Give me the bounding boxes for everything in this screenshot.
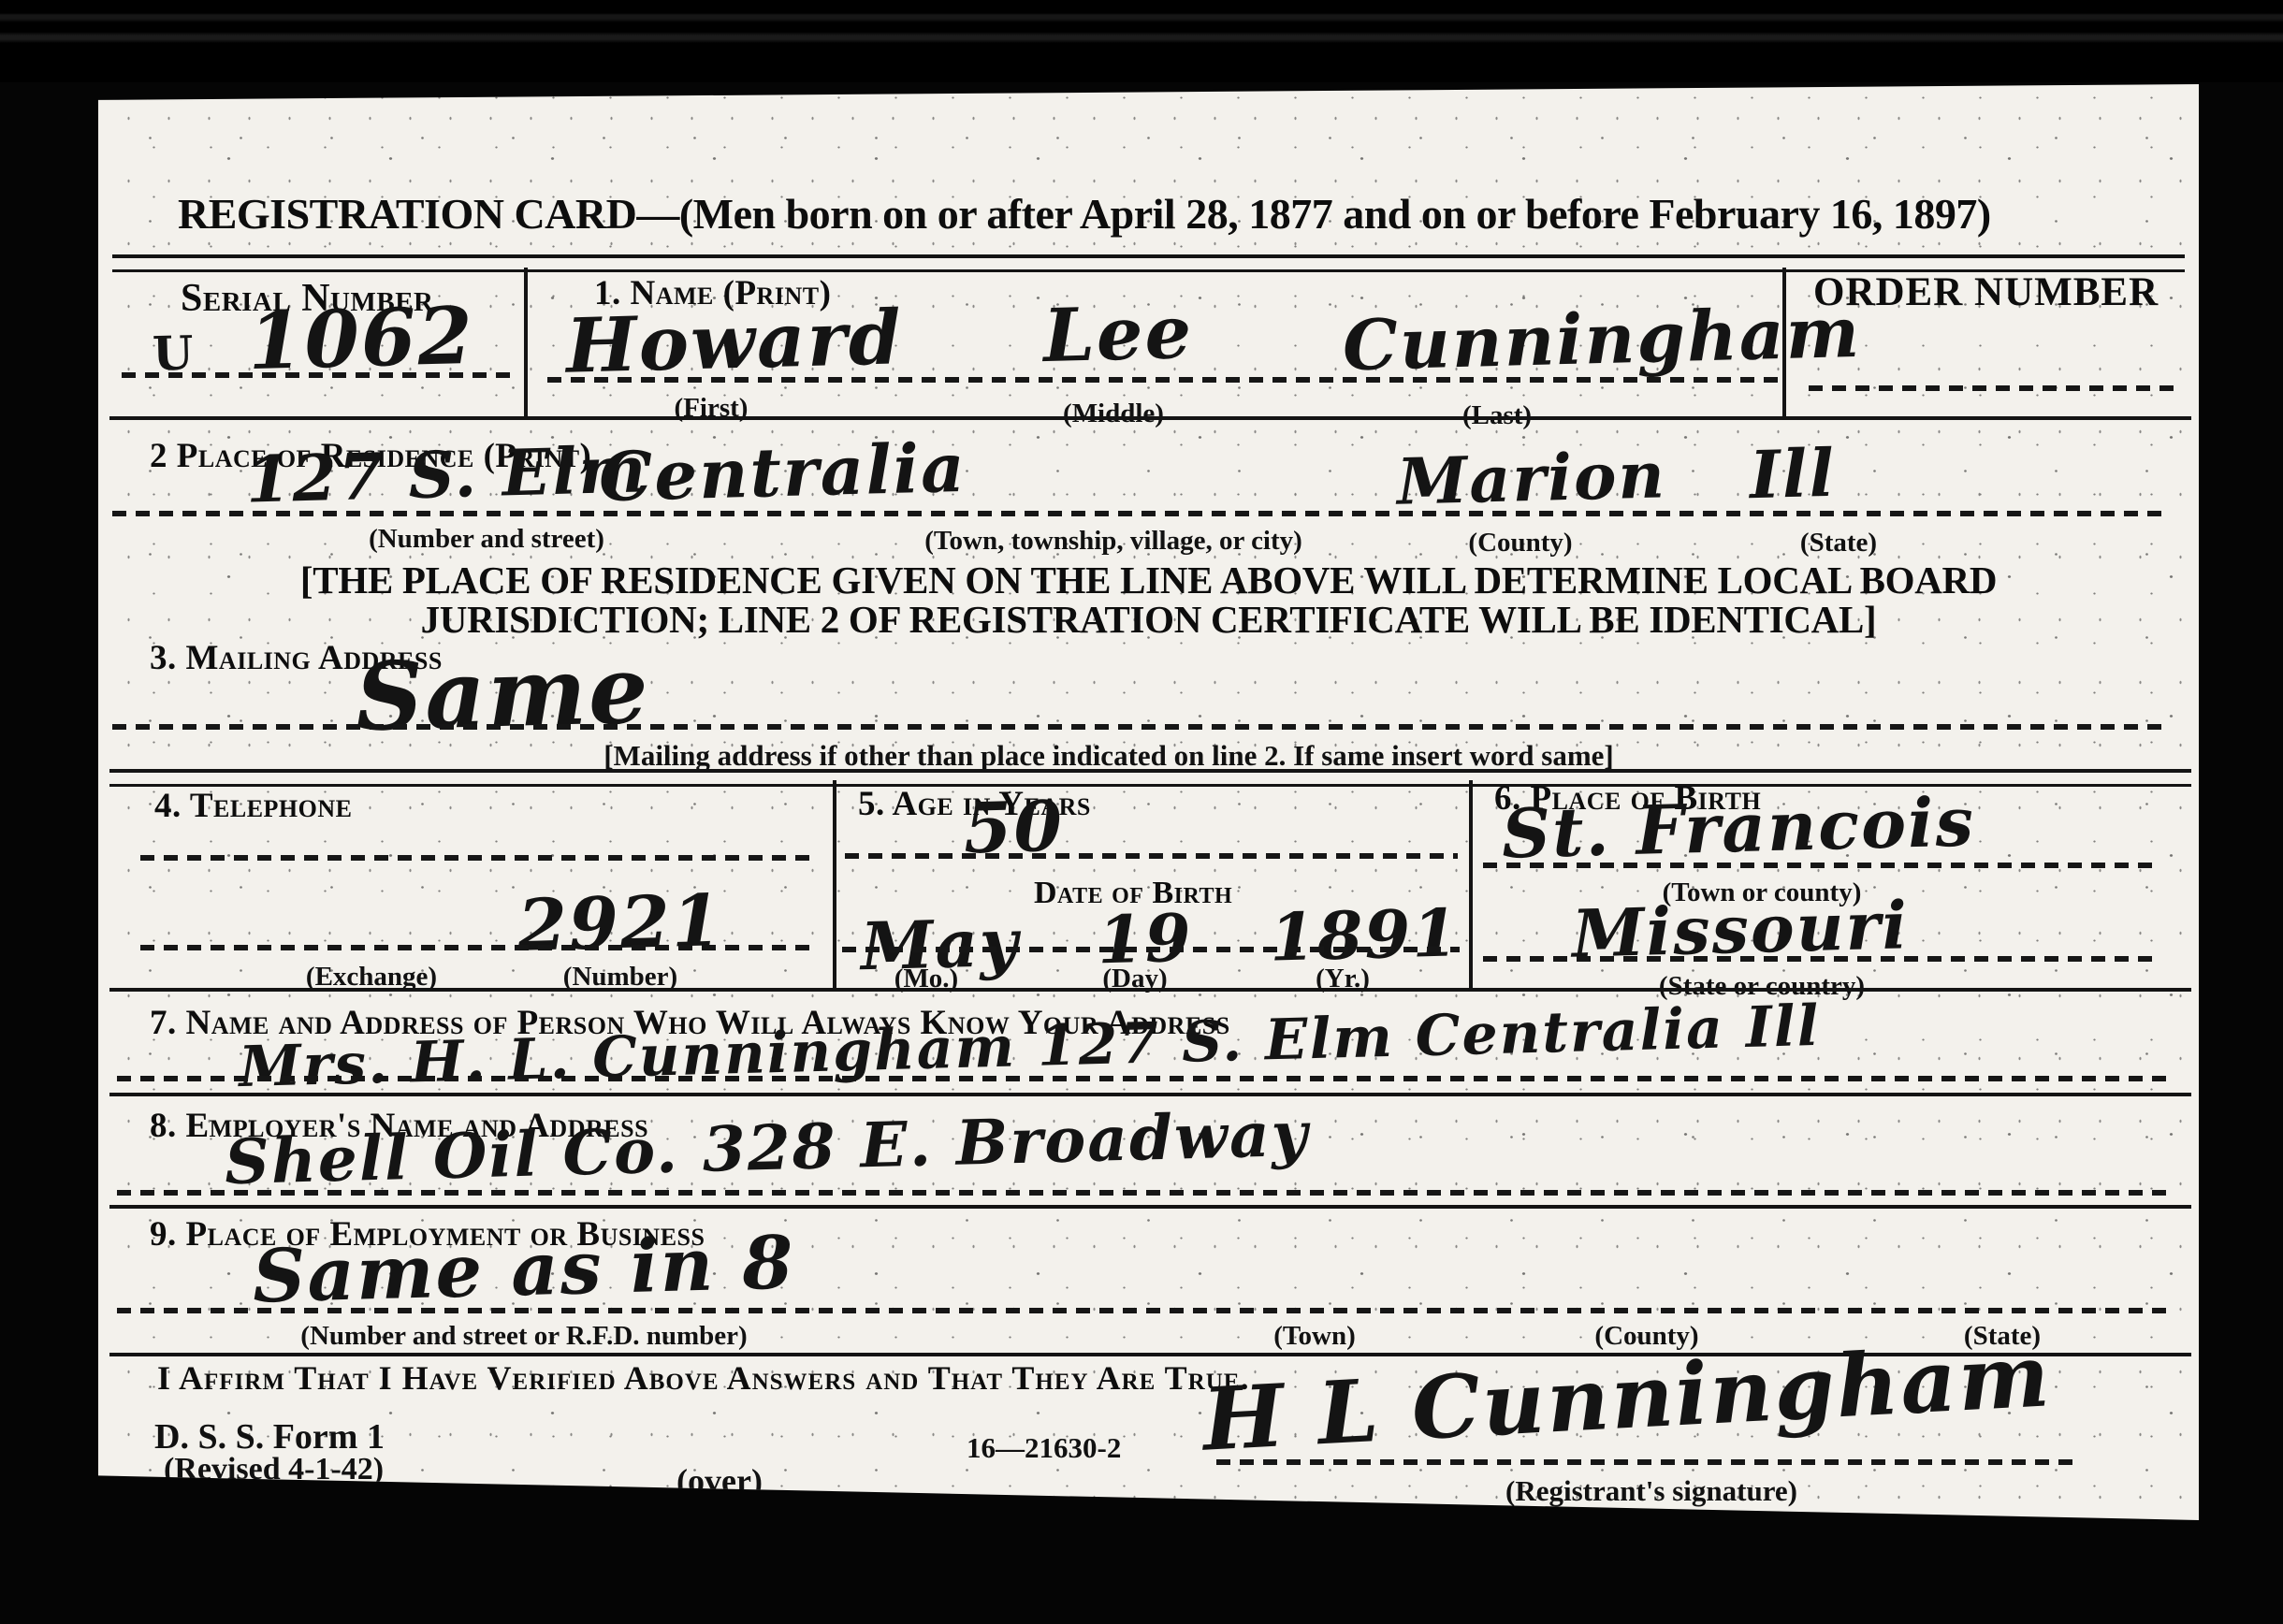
affirmation-text: I Affirm That I Have Verified Above Answ… xyxy=(157,1358,1249,1398)
mailing-caption: [Mailing address if other than place ind… xyxy=(603,739,1614,773)
dotted-line xyxy=(112,511,2171,516)
registration-card: REGISTRATION CARD—(Men born on or after … xyxy=(98,84,2199,1520)
mailing-value: Same xyxy=(355,634,651,752)
signature-caption: (Registrant's signature) xyxy=(1505,1474,1797,1508)
column-divider xyxy=(524,268,528,418)
residence-town-value: Centralia xyxy=(598,428,967,516)
dotted-line xyxy=(845,853,1458,859)
residence-street-caption: (Number and street) xyxy=(369,524,604,555)
over-note: (over) xyxy=(676,1461,763,1501)
dotted-line xyxy=(1483,863,2161,868)
dotted-line xyxy=(1483,956,2161,962)
residence-state-caption: (State) xyxy=(1800,528,1877,558)
name-first-value: Howard xyxy=(565,293,904,389)
dotted-line xyxy=(140,855,809,861)
dotted-line xyxy=(117,1076,2171,1081)
name-last-value: Cunningham xyxy=(1342,293,1862,386)
jurisdiction-note-line2: JURISDICTION; LINE 2 OF REGISTRATION CER… xyxy=(98,597,2199,642)
dotted-line xyxy=(112,724,2171,730)
birthplace-town-value: St. Francois xyxy=(1501,781,1976,873)
dotted-line xyxy=(1216,1459,2082,1465)
divider xyxy=(109,1205,2191,1209)
column-divider xyxy=(1469,780,1473,990)
divider xyxy=(109,416,2191,420)
card-title: REGISTRATION CARD—(Men born on or after … xyxy=(178,189,2143,239)
dotted-line xyxy=(140,945,809,950)
dotted-line xyxy=(547,377,1778,383)
residence-county-value: Marion xyxy=(1396,438,1667,520)
residence-county-caption: (County) xyxy=(1468,528,1572,558)
dotted-line xyxy=(842,947,1460,952)
residence-state-value: Ill xyxy=(1749,434,1837,514)
residence-street-value: 127 S. Elm xyxy=(245,432,648,517)
print-code: 16—21630-2 xyxy=(967,1431,1121,1465)
form-revision: (Revised 4-1-42) xyxy=(164,1452,384,1487)
divider xyxy=(109,1093,2191,1096)
dotted-line xyxy=(117,1308,2171,1313)
telephone-label: 4. Telephone xyxy=(154,786,352,826)
jurisdiction-note-line1: [THE PLACE OF RESIDENCE GIVEN ON THE LIN… xyxy=(98,558,2199,602)
employment-value: Same as in 8 xyxy=(252,1220,796,1319)
divider xyxy=(109,988,2191,992)
residence-town-caption: (Town, township, village, or city) xyxy=(924,526,1302,557)
column-divider xyxy=(833,780,836,990)
dotted-line xyxy=(122,372,515,378)
dotted-line xyxy=(117,1190,2171,1196)
employment-town-caption: (Town) xyxy=(1273,1321,1356,1352)
telephone-value: 2921 xyxy=(516,878,724,967)
name-middle-value: Lee xyxy=(1042,290,1194,379)
name-middle-caption: (Middle) xyxy=(1063,399,1164,429)
employment-street-caption: (Number and street or R.F.D. number) xyxy=(300,1321,747,1352)
dotted-line xyxy=(1809,385,2174,391)
order-number-label: ORDER NUMBER xyxy=(1813,269,2159,315)
scan-edge-artifact xyxy=(0,0,2283,82)
